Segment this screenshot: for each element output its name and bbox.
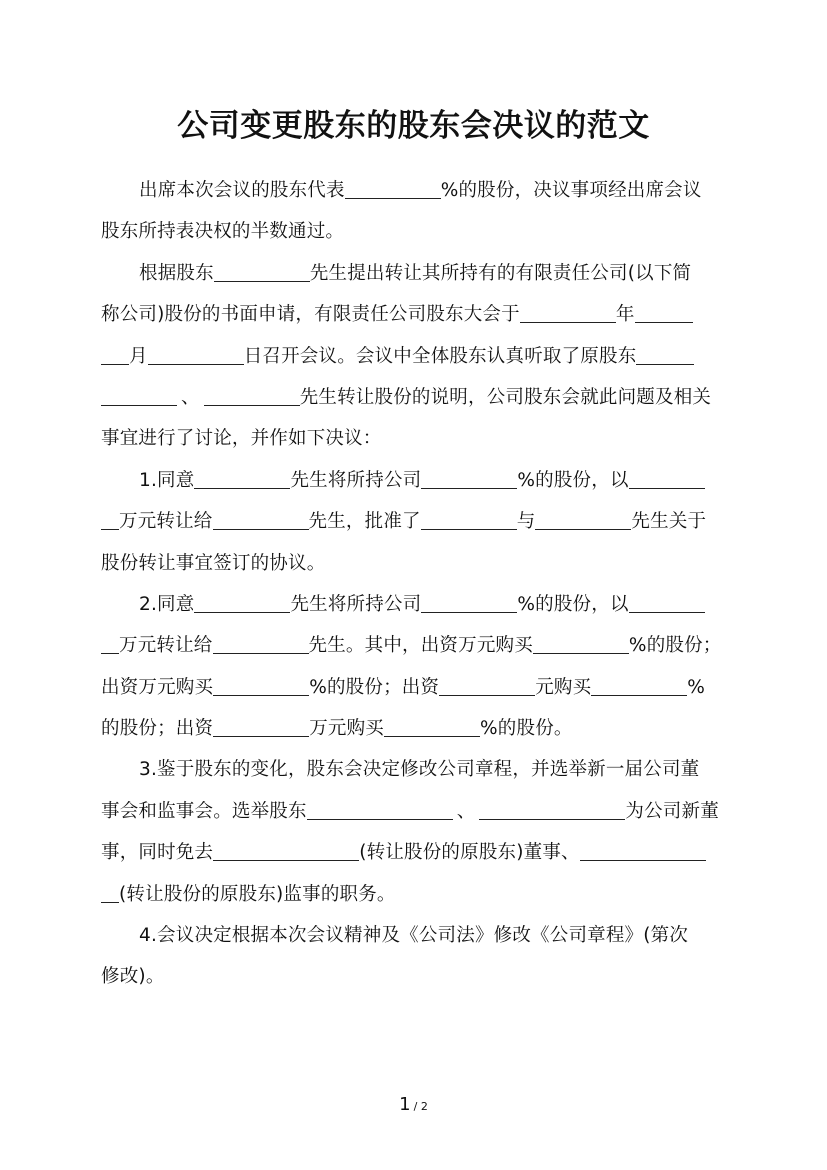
document-page: 公司变更股东的股东会决议的范文 出席本次会议的股东代表%的股份，决议事项经出席会… [0, 0, 827, 1170]
fill-in-blank[interactable] [591, 676, 687, 696]
fill-in-blank[interactable] [213, 510, 309, 530]
text-segment: %的股份。 [480, 718, 573, 739]
paragraph-5-line-1: 3.鉴于股东的变化，股东会决定修改公司章程，并选举新一届公司董 [101, 749, 723, 790]
fill-in-blank[interactable] [148, 345, 244, 365]
text-segment: 1.同意 [139, 470, 194, 491]
paragraph-5-line-4: (转让股份的原股东)监事的职务。 [101, 874, 723, 915]
page-number: 1/ 2 [0, 1094, 827, 1115]
paragraph-1-line-2: 股东所持表决权的半数通过。 [101, 211, 723, 252]
text-segment: 为公司新董 [625, 801, 719, 822]
text-segment: 事宜进行了讨论，并作如下决议： [101, 428, 382, 449]
paragraph-2-line-3: 月日召开会议。会议中全体股东认真听取了原股东 [101, 336, 723, 377]
fill-in-blank[interactable] [345, 179, 441, 199]
page-current: 1 [399, 1094, 410, 1115]
fill-in-blank[interactable] [629, 593, 705, 613]
fill-in-blank[interactable] [101, 510, 119, 530]
fill-in-blank[interactable] [421, 469, 517, 489]
text-segment: 、 [181, 387, 200, 408]
text-segment: 股东所持表决权的半数通过。 [101, 221, 344, 242]
paragraph-4-line-1: 2.同意先生将所持公司%的股份，以 [101, 584, 723, 625]
fill-in-blank[interactable] [533, 634, 629, 654]
text-segment: (转让股份的原股东)监事的职务。 [119, 884, 396, 905]
text-segment: 先生关于 [631, 511, 706, 532]
text-segment: 出席本次会议的股东代表 [139, 180, 345, 201]
text-segment: 万元转让给 [119, 511, 213, 532]
text-segment: (转让股份的原股东)董事、 [359, 842, 580, 863]
text-segment: 元购买 [535, 677, 591, 698]
fill-in-blank[interactable] [214, 262, 310, 282]
fill-in-blank[interactable] [101, 634, 119, 654]
fill-in-blank[interactable] [194, 469, 290, 489]
text-segment: 月 [129, 346, 148, 367]
paragraph-5-line-2: 事会和监事会。选举股东、为公司新董 [101, 791, 723, 832]
text-segment: 先生将所持公司 [290, 470, 421, 491]
text-segment: 日召开会议。会议中全体股东认真听取了原股东 [244, 346, 637, 367]
document-body: 出席本次会议的股东代表%的股份，决议事项经出席会议 股东所持表决权的半数通过。 … [101, 170, 723, 998]
paragraph-2-line-2: 称公司)股份的书面申请，有限责任公司股东大会于年 [101, 294, 723, 335]
fill-in-blank[interactable] [479, 800, 625, 820]
text-segment: 年 [616, 304, 635, 325]
text-segment: 先生，批准了 [309, 511, 421, 532]
text-segment: 事会和监事会。选举股东 [101, 801, 307, 822]
fill-in-blank[interactable] [194, 593, 290, 613]
text-segment: 事，同时免去 [101, 842, 213, 863]
text-segment: 修改)。 [101, 966, 165, 987]
text-segment: 的股份；出资 [101, 718, 213, 739]
fill-in-blank[interactable] [101, 883, 119, 903]
paragraph-2-line-1: 根据股东先生提出转让其所持有的有限责任公司(以下简 [101, 253, 723, 294]
fill-in-blank[interactable] [213, 676, 309, 696]
text-segment: %的股份，以 [517, 470, 628, 491]
fill-in-blank[interactable] [439, 676, 535, 696]
text-segment: 先生。其中，出资万元购买 [309, 635, 533, 656]
paragraph-2-line-5: 事宜进行了讨论，并作如下决议： [101, 418, 723, 459]
fill-in-blank[interactable] [535, 510, 631, 530]
text-segment: 4.会议决定根据本次会议精神及《公司法》修改《公司章程》(第次 [139, 925, 688, 946]
fill-in-blank[interactable] [635, 303, 693, 323]
fill-in-blank[interactable] [629, 469, 705, 489]
paragraph-4-line-4: 的股份；出资万元购买%的股份。 [101, 708, 723, 749]
fill-in-blank[interactable] [213, 717, 309, 737]
fill-in-blank[interactable] [213, 634, 309, 654]
fill-in-blank[interactable] [636, 345, 694, 365]
fill-in-blank[interactable] [101, 345, 129, 365]
text-segment: %的股份，决议事项经出席会议 [441, 180, 702, 201]
fill-in-blank[interactable] [204, 386, 300, 406]
text-segment: 出资万元购买 [101, 677, 213, 698]
page-total: / 2 [414, 1100, 428, 1113]
fill-in-blank[interactable] [384, 717, 480, 737]
fill-in-blank[interactable] [307, 800, 453, 820]
text-segment: 股份转让事宜签订的协议。 [101, 553, 325, 574]
text-segment: % [687, 677, 705, 698]
fill-in-blank[interactable] [580, 841, 706, 861]
text-segment: %的股份； [629, 635, 722, 656]
text-segment: 3.鉴于股东的变化，股东会决定修改公司章程，并选举新一届公司董 [139, 759, 699, 780]
paragraph-4-line-3: 出资万元购买%的股份；出资元购买% [101, 667, 723, 708]
fill-in-blank[interactable] [213, 841, 359, 861]
paragraph-2-line-4: 、先生转让股份的说明，公司股东会就此问题及相关 [101, 377, 723, 418]
text-segment: 2.同意 [139, 594, 194, 615]
paragraph-4-line-2: 万元转让给先生。其中，出资万元购买%的股份； [101, 625, 723, 666]
document-title: 公司变更股东的股东会决议的范文 [0, 104, 827, 148]
text-segment: 称公司)股份的书面申请，有限责任公司股东大会于 [101, 304, 520, 325]
paragraph-6-line-1: 4.会议决定根据本次会议精神及《公司法》修改《公司章程》(第次 [101, 915, 723, 956]
paragraph-1-line-1: 出席本次会议的股东代表%的股份，决议事项经出席会议 [101, 170, 723, 211]
text-segment: %的股份，以 [517, 594, 628, 615]
text-segment: 根据股东 [139, 263, 214, 284]
paragraph-5-line-3: 事，同时免去(转让股份的原股东)董事、 [101, 832, 723, 873]
fill-in-blank[interactable] [101, 386, 177, 406]
paragraph-3-line-1: 1.同意先生将所持公司%的股份，以 [101, 460, 723, 501]
fill-in-blank[interactable] [520, 303, 616, 323]
text-segment: 先生将所持公司 [290, 594, 421, 615]
text-segment: 先生提出转让其所持有的有限责任公司(以下简 [310, 263, 691, 284]
paragraph-6-line-2: 修改)。 [101, 956, 723, 997]
text-segment: 万元购买 [309, 718, 384, 739]
fill-in-blank[interactable] [421, 593, 517, 613]
paragraph-3-line-3: 股份转让事宜签订的协议。 [101, 543, 723, 584]
text-segment: 万元转让给 [119, 635, 213, 656]
paragraph-3-line-2: 万元转让给先生，批准了与先生关于 [101, 501, 723, 542]
text-segment: 先生转让股份的说明，公司股东会就此问题及相关 [300, 387, 711, 408]
text-segment: %的股份；出资 [309, 677, 439, 698]
fill-in-blank[interactable] [421, 510, 517, 530]
text-segment: 与 [517, 511, 536, 532]
text-segment: 、 [457, 801, 476, 822]
